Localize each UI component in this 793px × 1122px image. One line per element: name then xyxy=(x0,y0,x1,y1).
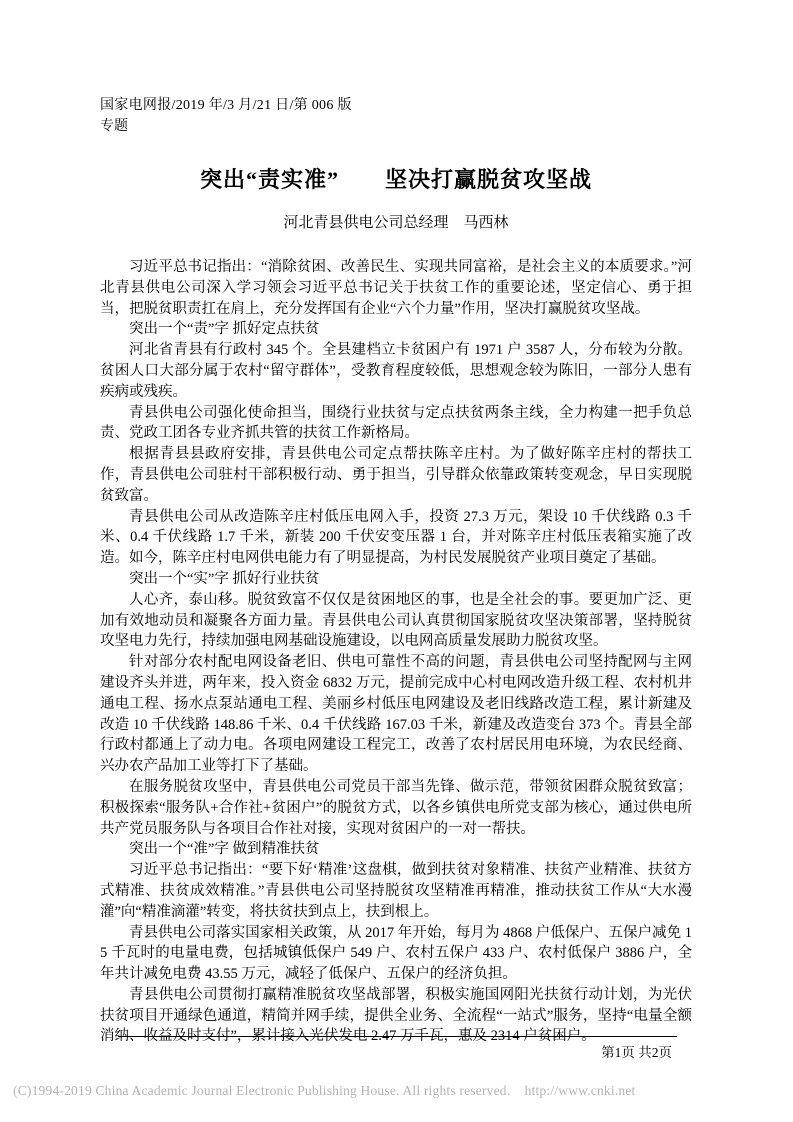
body-paragraph: 习近平总书记指出：“消除贫困、改善民生、实现共同富裕，是社会主义的本质要求。”河… xyxy=(100,257,692,319)
publication-section: 专题 xyxy=(100,116,692,137)
document-page: 国家电网报/2019 年/3 月/21 日/第 006 版 专题 突出“责实准”… xyxy=(0,0,793,1122)
copyright-notice: (C)1994-2019 China Academic Journal Elec… xyxy=(13,1083,636,1099)
section-heading: 突出一个“准”字 做到精准扶贫 xyxy=(100,839,692,860)
page-number: 第1页 共2页 xyxy=(601,1041,672,1061)
footer-divider xyxy=(118,1036,677,1037)
article-title: 突出“责实准” 坚决打赢脱贫攻坚战 xyxy=(100,163,692,194)
article-body: 习近平总书记指出：“消除贫困、改善民生、实现共同富裕，是社会主义的本质要求。”河… xyxy=(100,257,692,1047)
section-heading: 突出一个“责”字 抓好定点扶贫 xyxy=(100,319,692,340)
body-paragraph: 在服务脱贫攻坚中，青县供电公司党员干部当先锋、做示范，带领贫困群众脱贫致富；积极… xyxy=(100,777,692,839)
body-paragraph: 青县供电公司落实国家相关政策，从 2017 年开始，每月为 4868 户低保户、… xyxy=(100,923,692,985)
body-paragraph: 青县供电公司从改造陈辛庄村低压电网入手，投资 27.3 万元，架设 10 千伏线… xyxy=(100,507,692,569)
body-paragraph: 针对部分农村配电网设备老旧、供电可靠性不高的问题，青县供电公司坚持配网与主网建设… xyxy=(100,652,692,777)
article-content: 国家电网报/2019 年/3 月/21 日/第 006 版 专题 突出“责实准”… xyxy=(100,95,692,1047)
section-heading: 突出一个“实”字 抓好行业扶贫 xyxy=(100,569,692,590)
body-paragraph: 人心齐，泰山移。脱贫致富不仅仅是贫困地区的事，也是全社会的事。要更加广泛、更加有… xyxy=(100,590,692,652)
body-paragraph: 青县供电公司贯彻打赢精准脱贫攻坚战部署，积极实施国网阳光扶贫行动计划，为光伏扶贫… xyxy=(100,985,692,1047)
body-paragraph: 根据青县县政府安排，青县供电公司定点帮扶陈辛庄村。为了做好陈辛庄村的帮扶工作，青… xyxy=(100,444,692,506)
body-paragraph: 习近平总书记指出：“要下好‘精准’这盘棋，做到扶贫对象精准、扶贫产业精准、扶贫方… xyxy=(100,860,692,922)
publication-source-line: 国家电网报/2019 年/3 月/21 日/第 006 版 xyxy=(100,95,692,116)
body-paragraph: 河北省青县有行政村 345 个。全县建档立卡贫困户有 1971 户 3587 人… xyxy=(100,340,692,402)
body-paragraph: 青县供电公司强化使命担当，围绕行业扶贫与定点扶贫两条主线，全力构建一把手负总责、… xyxy=(100,403,692,445)
article-byline: 河北青县供电公司总经理 马西林 xyxy=(100,211,692,232)
